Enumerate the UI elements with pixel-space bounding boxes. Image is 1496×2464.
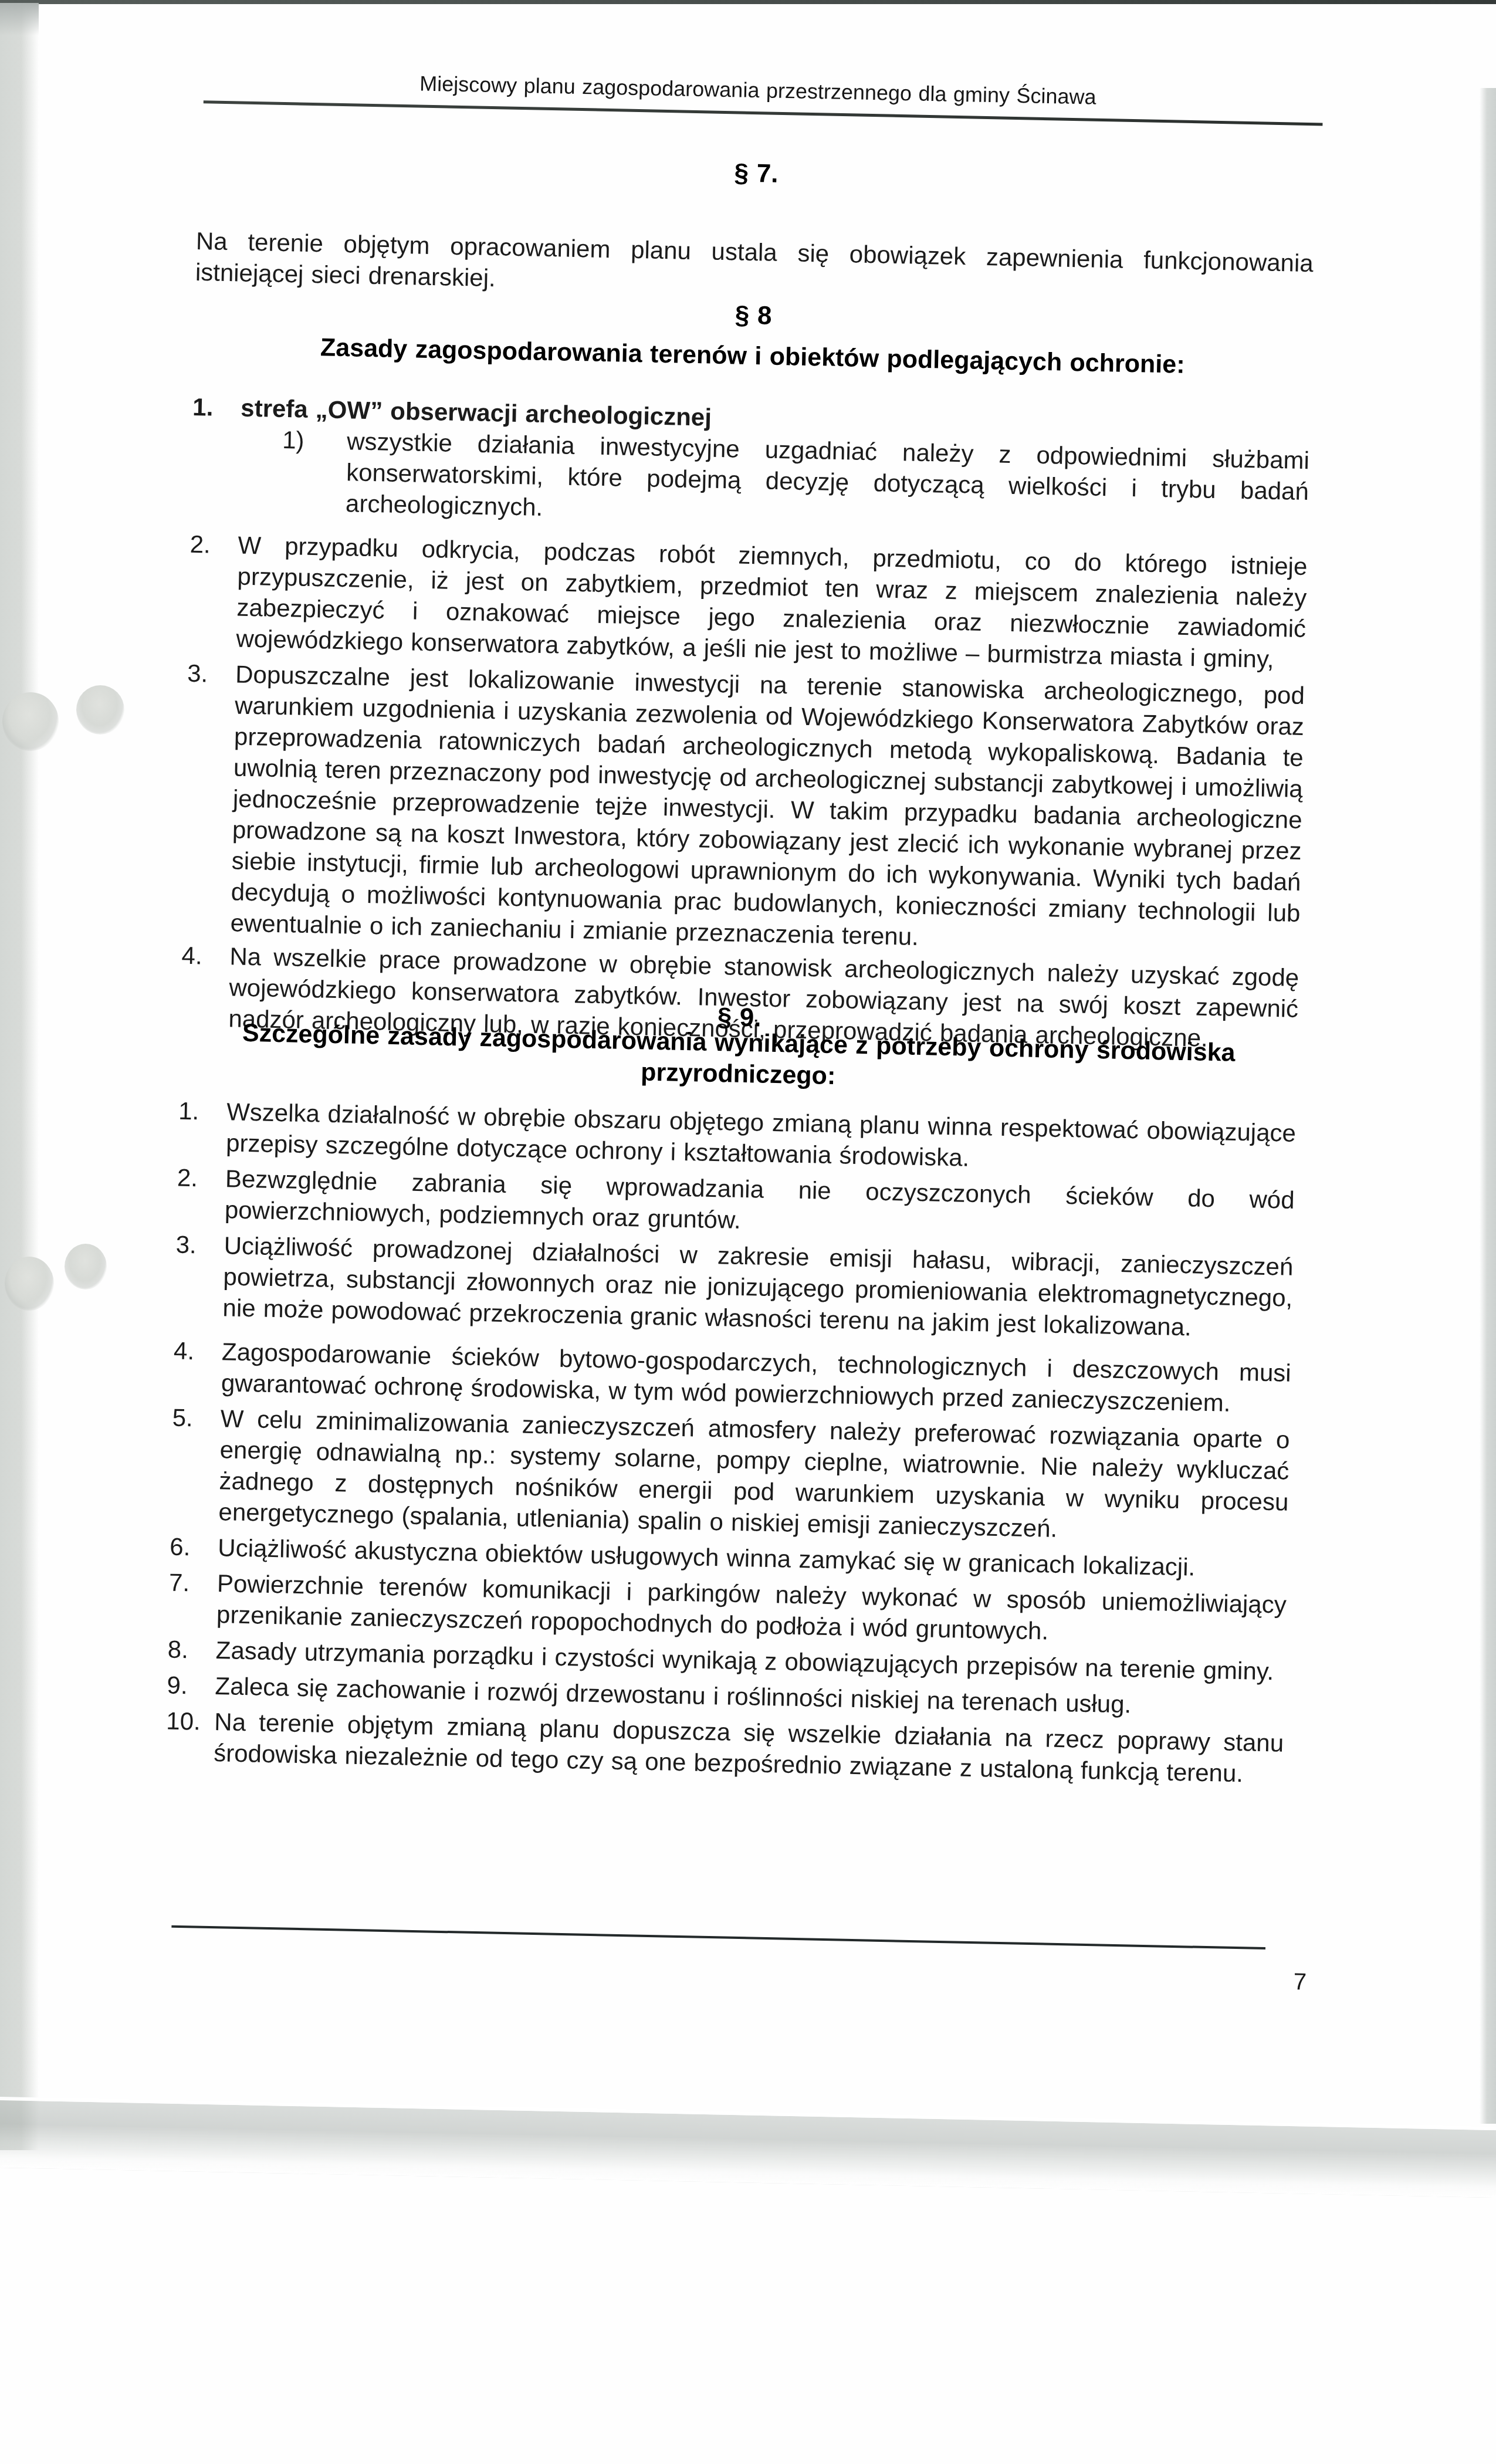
- section-9-list: 1.Wszelka działalność w obrębie obszaru …: [165, 1095, 1297, 1790]
- list-item-number: 2.: [189, 529, 236, 561]
- list-item-text: Dopuszczalne jest lokalizowanie inwestyc…: [230, 660, 1305, 950]
- list-item: 3.Uciążliwość prowadzonej działalności w…: [174, 1229, 1294, 1345]
- list-item-number: 3.: [175, 1229, 222, 1261]
- list-subitem: 1)wszystkie działania inwestycyjne uzgad…: [281, 424, 1310, 538]
- list-item: 3.Dopuszczalne jest lokalizowanie inwest…: [182, 658, 1305, 960]
- list-item: 1.strefa „OW” obserwacji archeologicznej…: [191, 391, 1311, 538]
- list-item: 5.W celu zminimalizowania zanieczyszczeń…: [170, 1402, 1290, 1549]
- scanner-shadow-left: [0, 3, 39, 2150]
- list-item-text: W celu zminimalizowania zanieczyszczeń a…: [218, 1404, 1290, 1542]
- hole-punch: [76, 685, 124, 735]
- list-item: 2.W przypadku odkrycia, podczas robót zi…: [188, 529, 1308, 675]
- list-item-number: 10.: [166, 1705, 212, 1737]
- hole-punch: [5, 1257, 54, 1311]
- scanned-document-screenshot: { "doc": { "header": "Miejscowy planu za…: [0, 0, 1496, 2464]
- hole-punch: [65, 1244, 107, 1289]
- list-item-number: 6.: [170, 1531, 216, 1563]
- list-item-text: Uciążliwość prowadzonej działalności w z…: [222, 1231, 1294, 1341]
- list-subitem-text: wszystkie działania inwestycyjne uzgadni…: [346, 427, 1310, 521]
- list-item-number: 9.: [167, 1669, 213, 1701]
- list-item-number: 2.: [177, 1162, 223, 1194]
- document-sheet: Miejscowy planu zagospodarowania przestr…: [160, 67, 1316, 2037]
- list-item-number: 3.: [187, 658, 233, 690]
- footer-rule: [171, 1925, 1265, 1949]
- list-item-text: Na terenie objętym zmianą planu dopuszcz…: [214, 1708, 1284, 1787]
- section-8-list: 1.strefa „OW” obserwacji archeologicznej…: [180, 391, 1311, 1055]
- list-item-number: 7.: [169, 1566, 215, 1599]
- page-number: 7: [1293, 1967, 1329, 1998]
- running-header-title: Miejscowy planu zagospodarowania przestr…: [199, 63, 1317, 117]
- list-item-number: 1.: [178, 1095, 225, 1128]
- scan-top-edge: [0, 0, 1496, 4]
- scanner-shadow-right: [1480, 88, 1496, 2124]
- list-item-text: W przypadku odkrycia, podczas robót ziem…: [236, 531, 1308, 672]
- list-subitem-number: 1): [282, 424, 341, 456]
- list-item-number: 4.: [181, 940, 228, 972]
- page-bottom-shadow: [0, 2096, 1496, 2199]
- list-item-number: 1.: [192, 391, 239, 424]
- list-item-number: 4.: [174, 1335, 220, 1368]
- list-item-number: 8.: [167, 1633, 214, 1666]
- hole-punch: [2, 692, 59, 751]
- section-7-mark: § 7.: [197, 147, 1315, 200]
- list-item-text: Zagospodarowanie ścieków bytowo-gospodar…: [221, 1338, 1292, 1417]
- list-item-text: Wszelka działalność w obrębie obszaru ob…: [226, 1098, 1297, 1171]
- list-item-number: 5.: [172, 1402, 218, 1434]
